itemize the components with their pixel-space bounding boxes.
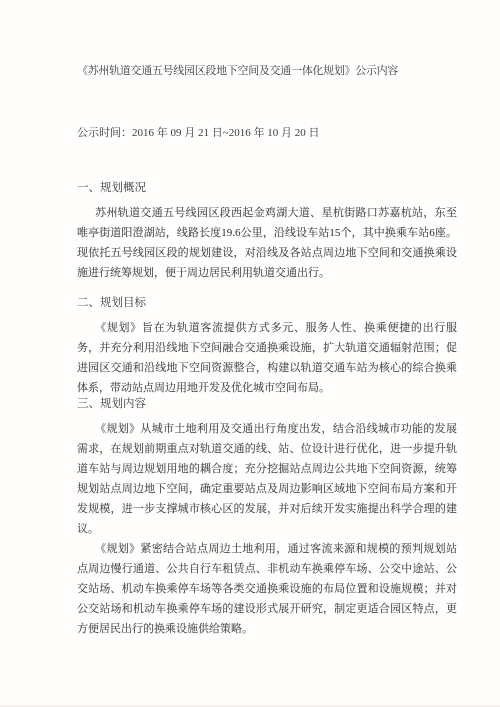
section-heading-goals: 二、规划目标 [77, 293, 457, 313]
publish-time: 公示时间：2016 年 09 月 21 日~2016 年 10 月 20 日 [77, 124, 457, 142]
paragraph-contents-2: 《规划》紧密结合站点周边土地利用，通过客流来源和规模的预判规划站点周边慢行通道、… [77, 539, 457, 639]
section-heading-overview: 一、规划概况 [77, 178, 457, 198]
paragraph-contents-1: 《规划》从城市土地利用及交通出行角度出发，结合沿线城市功能的发展需求，在规划前期… [77, 419, 457, 539]
page-title: 《苏州轨道交通五号线园区段地下空间及交通一体化规划》公示内容 [77, 62, 457, 80]
paragraph-overview: 苏州轨道交通五号线园区段西起金鸡湖大道、星杭街路口苏嘉杭站，东至唯亭街道阳澄湖站… [77, 203, 457, 283]
document-content: 《苏州轨道交通五号线园区段地下空间及交通一体化规划》公示内容 公示时间：2016… [77, 62, 457, 639]
paragraph-goals: 《规划》旨在为轨道客流提供方式多元、服务人性、换乘便捷的出行服务，并充分利用沿线… [77, 318, 457, 398]
document-page: 《苏州轨道交通五号线园区段地下空间及交通一体化规划》公示内容 公示时间：2016… [0, 0, 500, 707]
